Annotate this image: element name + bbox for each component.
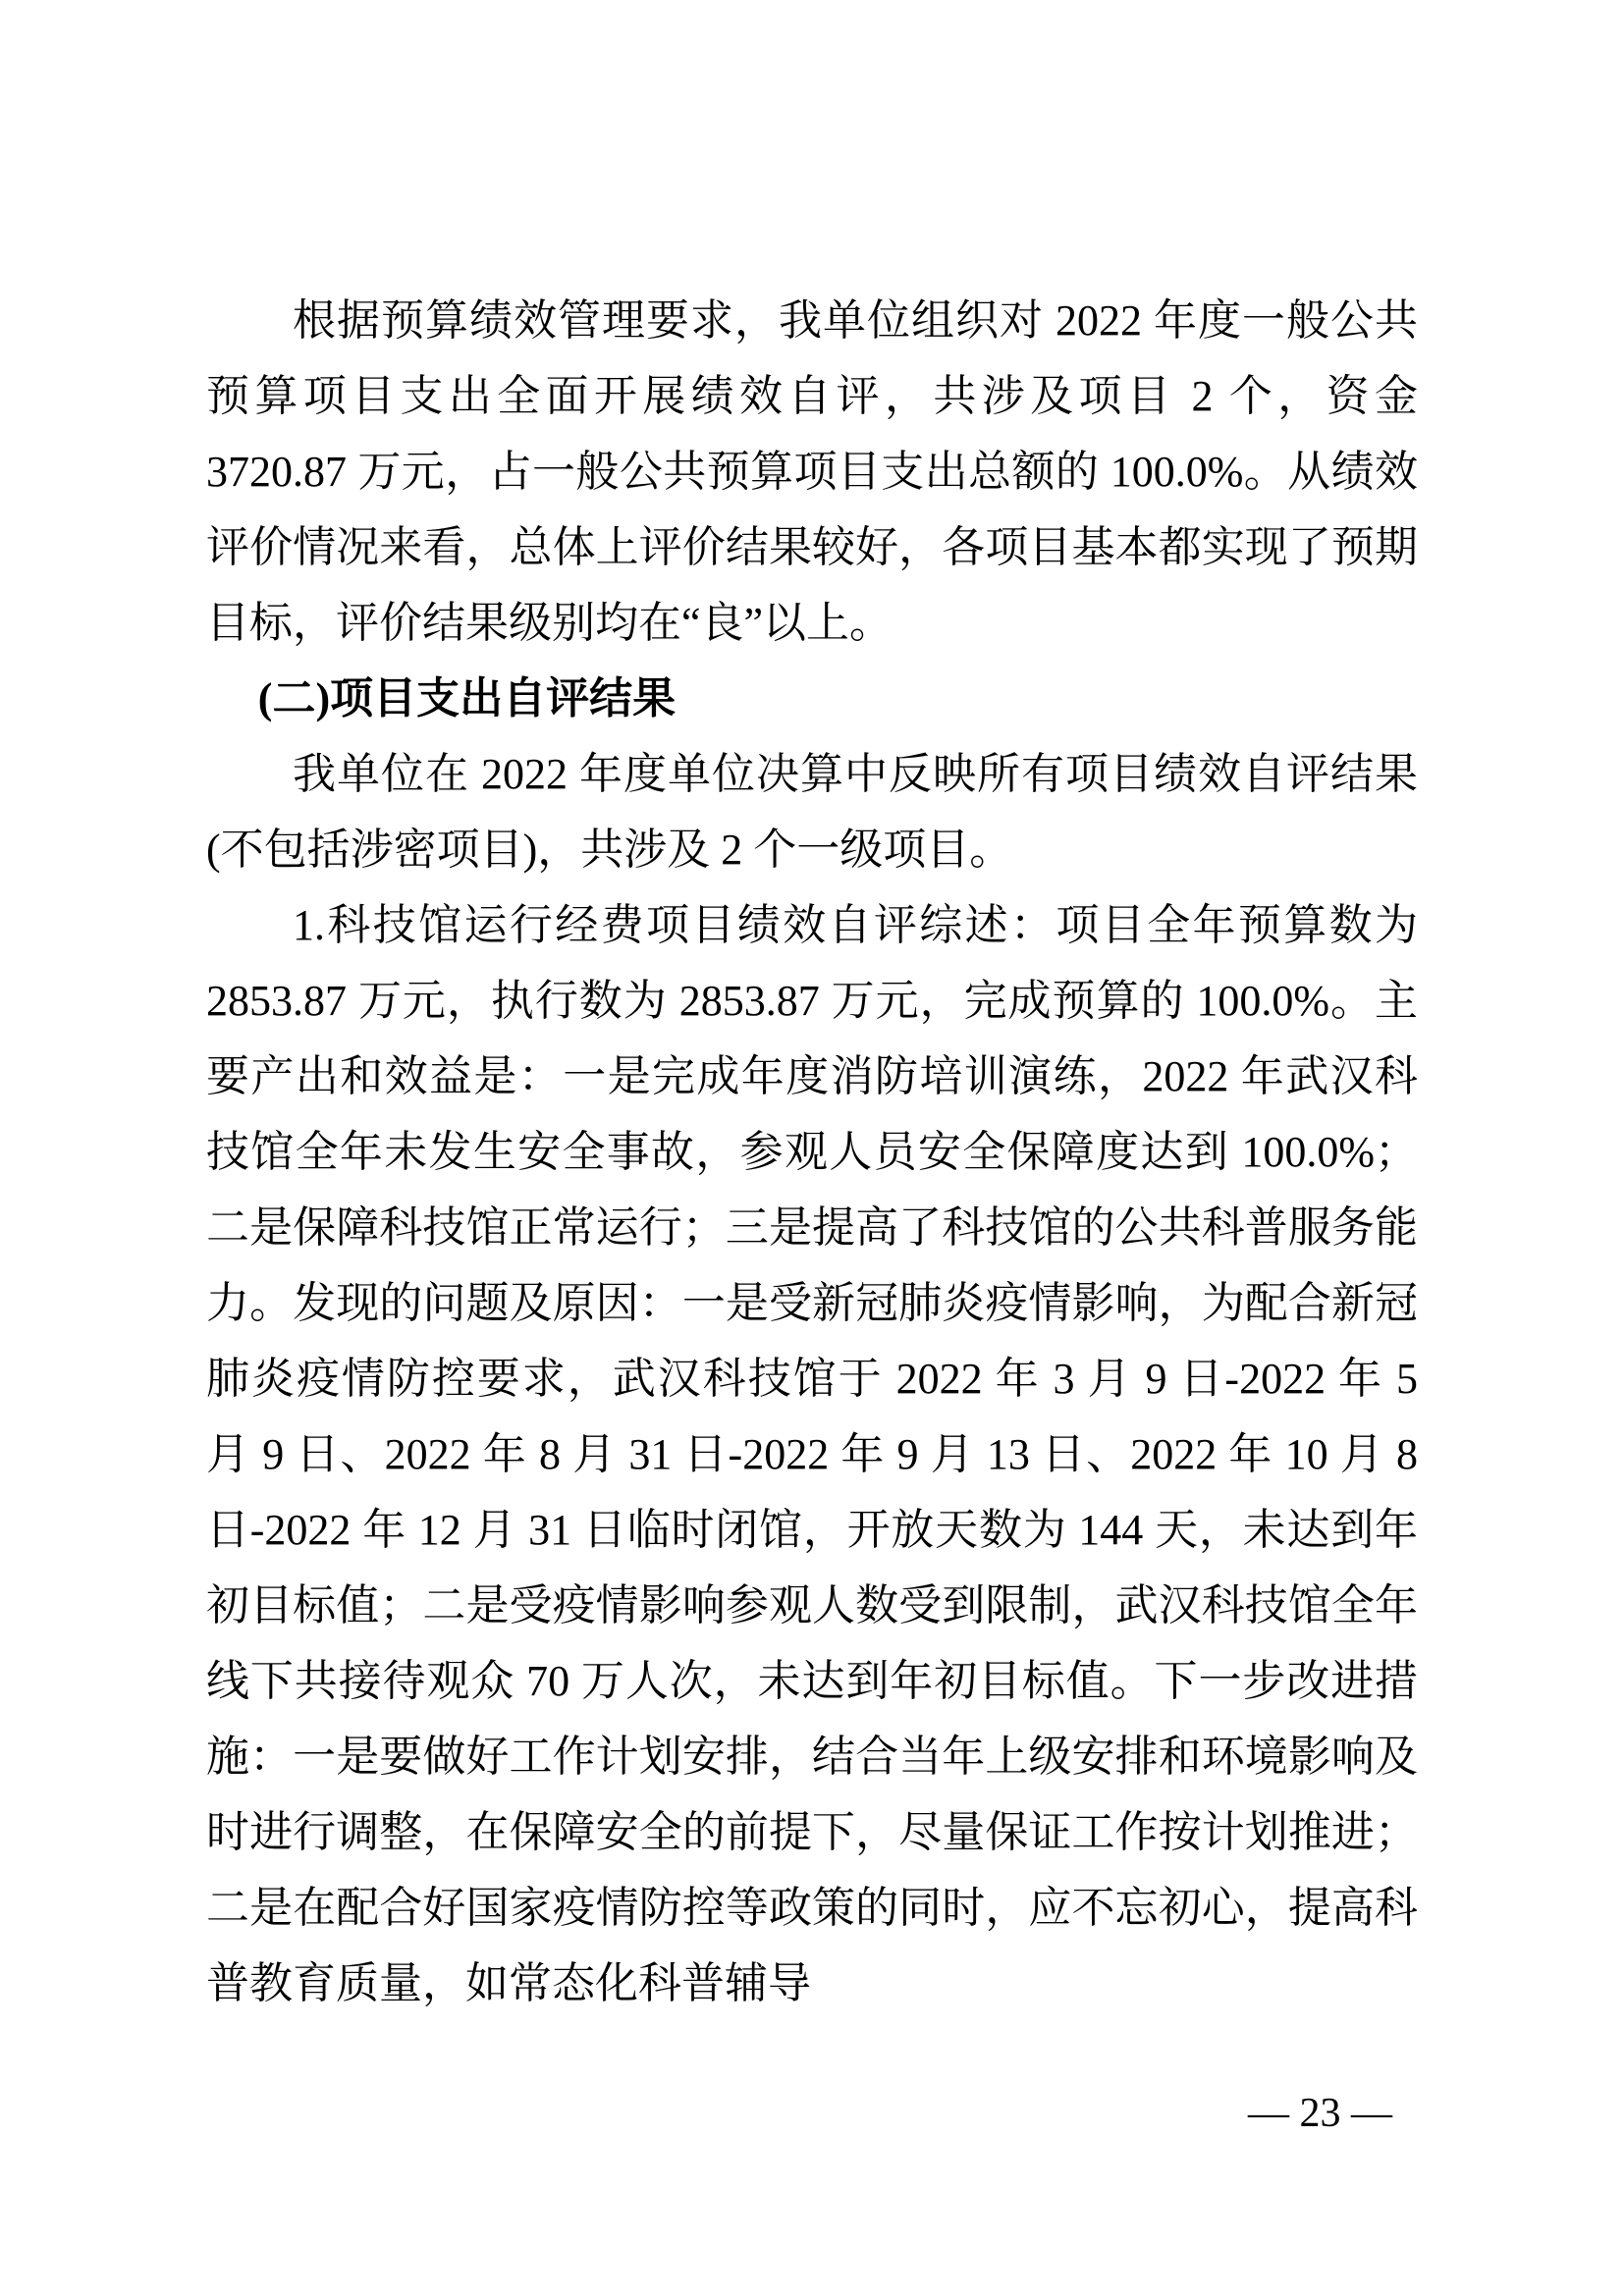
page-number: — 23 — bbox=[1248, 2091, 1392, 2136]
body-paragraph: 1.科技馆运行经费项目绩效自评综述：项目全年预算数为 2853.87 万元，执行… bbox=[206, 887, 1418, 2021]
page-footer: — 23 — bbox=[1207, 2052, 1392, 2175]
document-body: 根据预算绩效管理要求，我单位组织对 2022 年度一般公共预算项目支出全面开展绩… bbox=[206, 283, 1418, 2021]
body-paragraph: 我单位在 2022 年度单位决算中反映所有项目绩效自评结果(不包括涉密项目)，共… bbox=[206, 736, 1418, 887]
body-paragraph: 根据预算绩效管理要求，我单位组织对 2022 年度一般公共预算项目支出全面开展绩… bbox=[206, 283, 1418, 661]
document-page: 根据预算绩效管理要求，我单位组织对 2022 年度一般公共预算项目支出全面开展绩… bbox=[0, 0, 1624, 2296]
section-heading: (二)项目支出自评结果 bbox=[206, 661, 1418, 736]
